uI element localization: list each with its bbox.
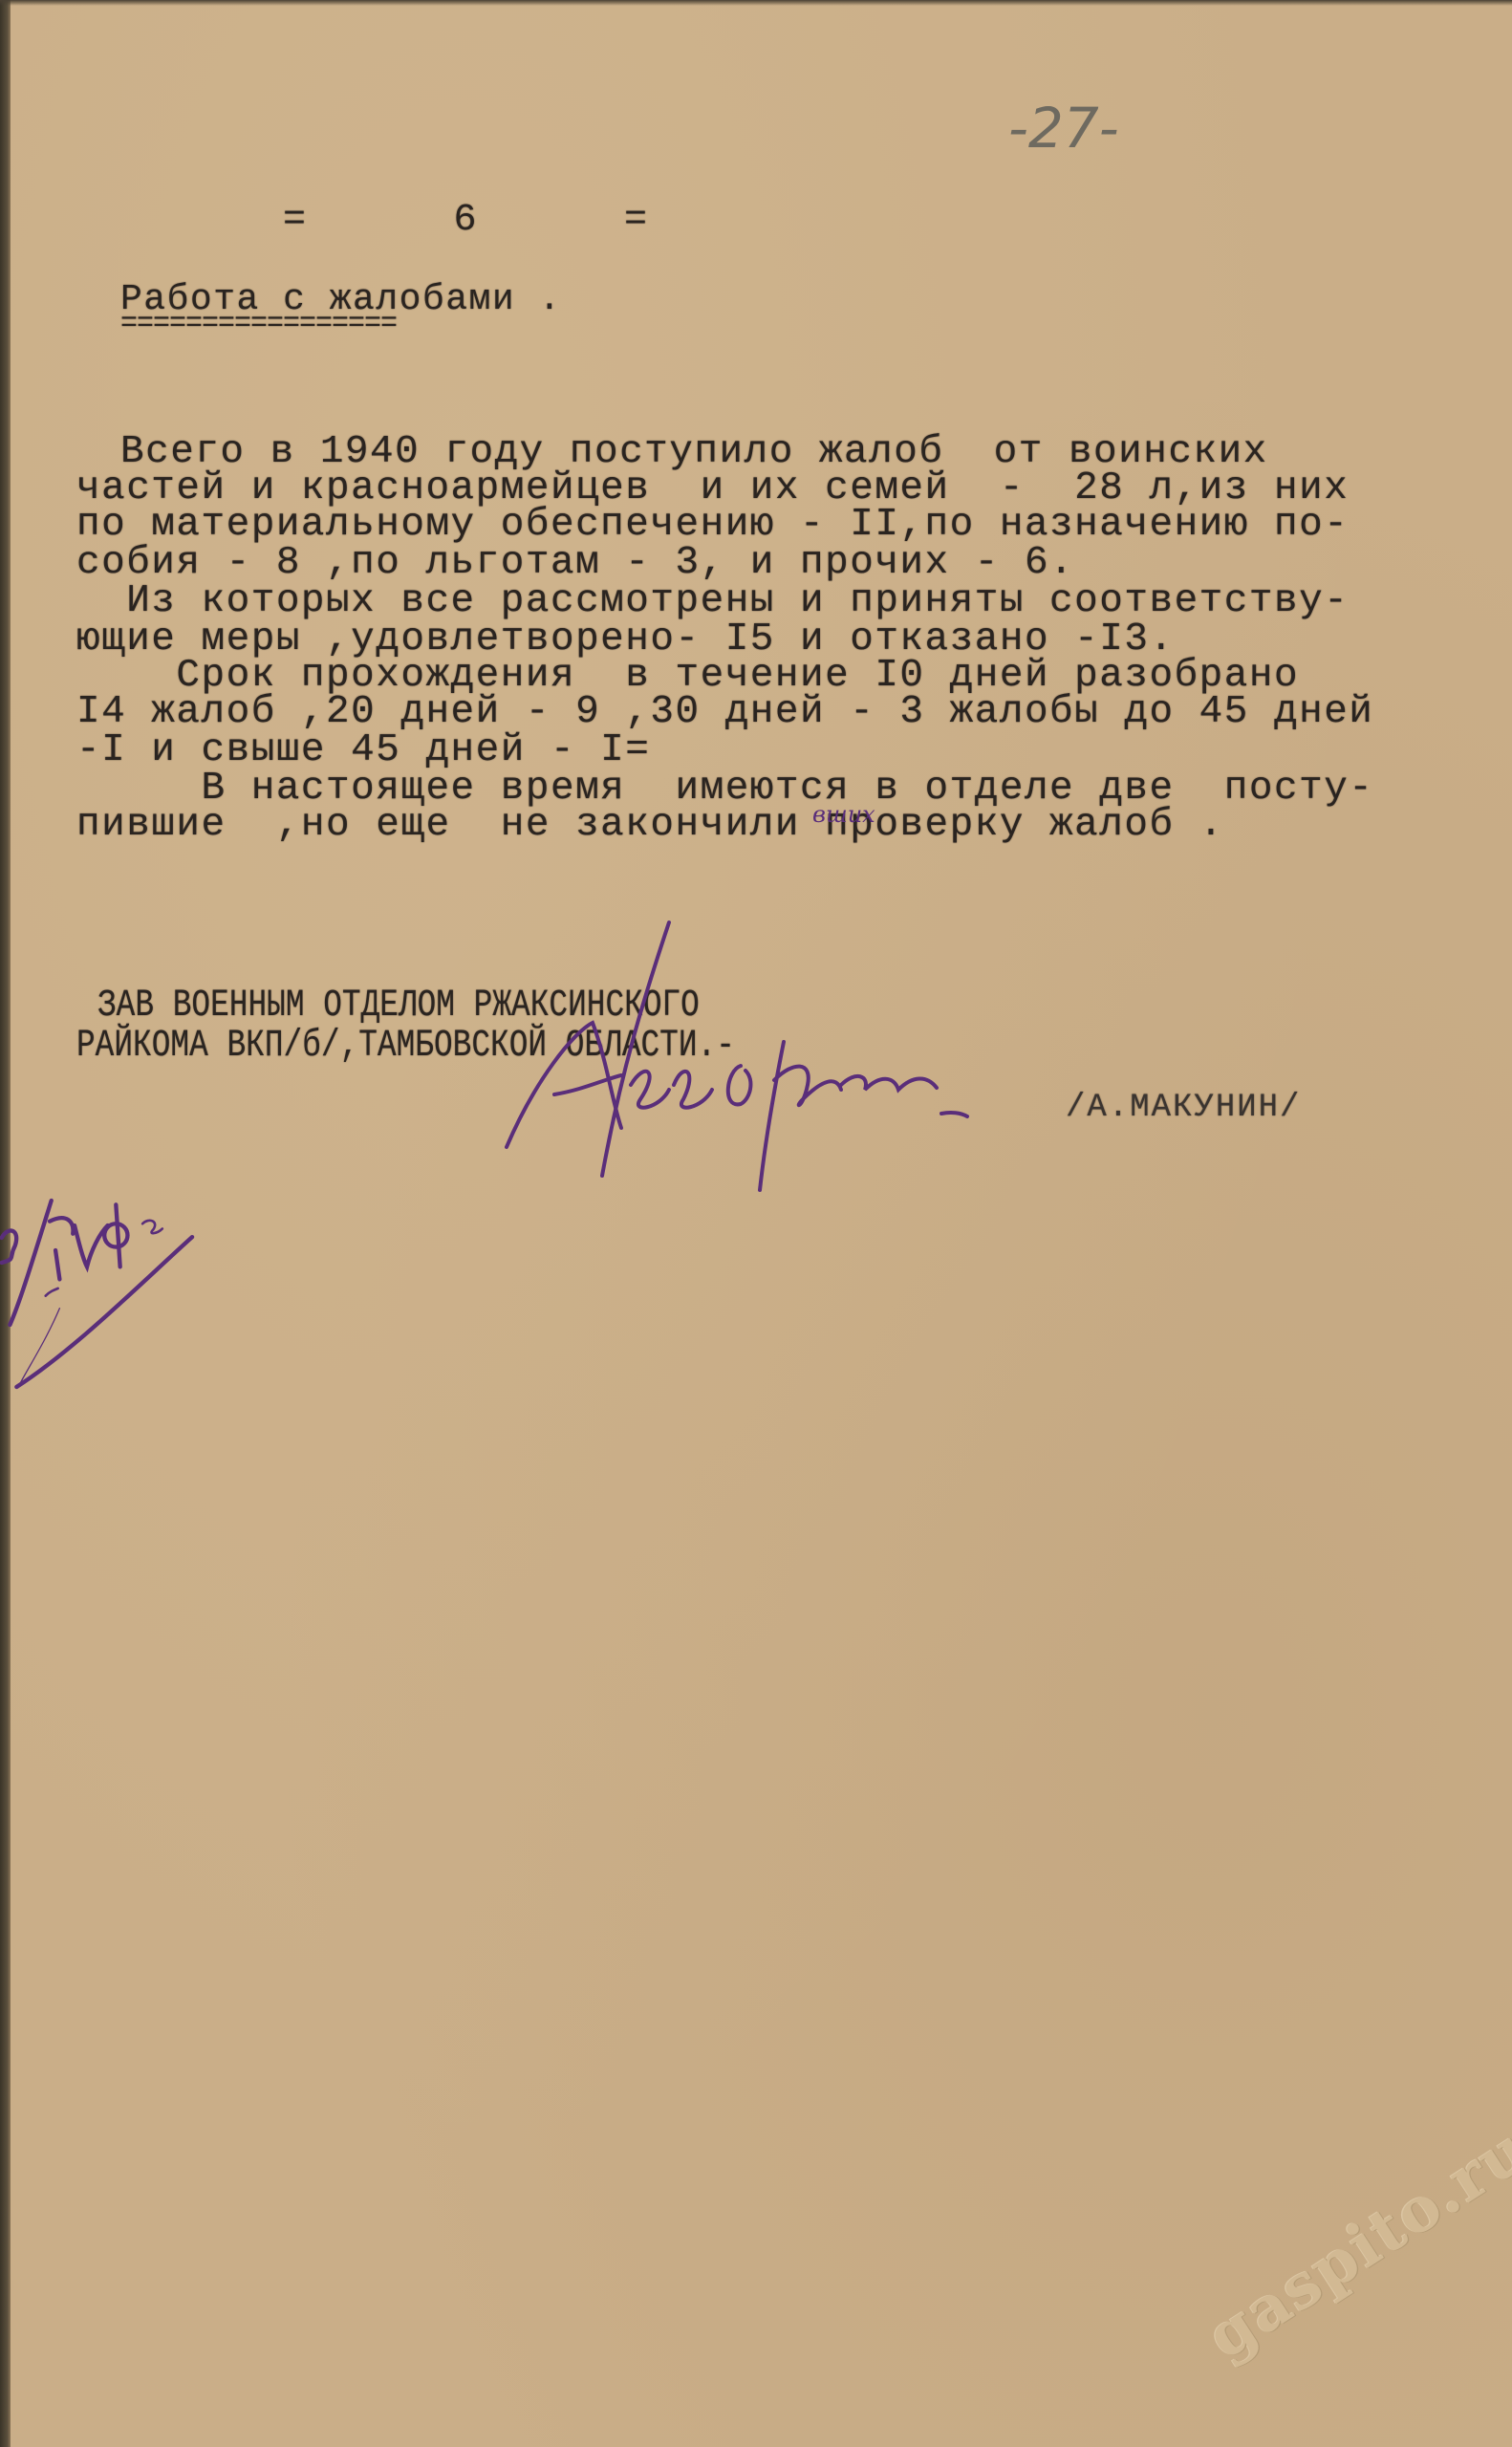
title-underline: ================= (120, 308, 397, 340)
body-line-11: пившие ,но еще не закончили проверку жал… (76, 803, 1224, 847)
signatory-name: /А.МАКУНИН/ (1066, 1090, 1301, 1126)
handwritten-insertion: вших (812, 801, 875, 828)
margin-date-note (0, 1176, 248, 1424)
page-marker: = 6 = (283, 199, 649, 242)
handwritten-signature (478, 918, 994, 1204)
archive-page-number: -27- (1008, 96, 1119, 161)
scan-top-edge (0, 0, 1512, 6)
